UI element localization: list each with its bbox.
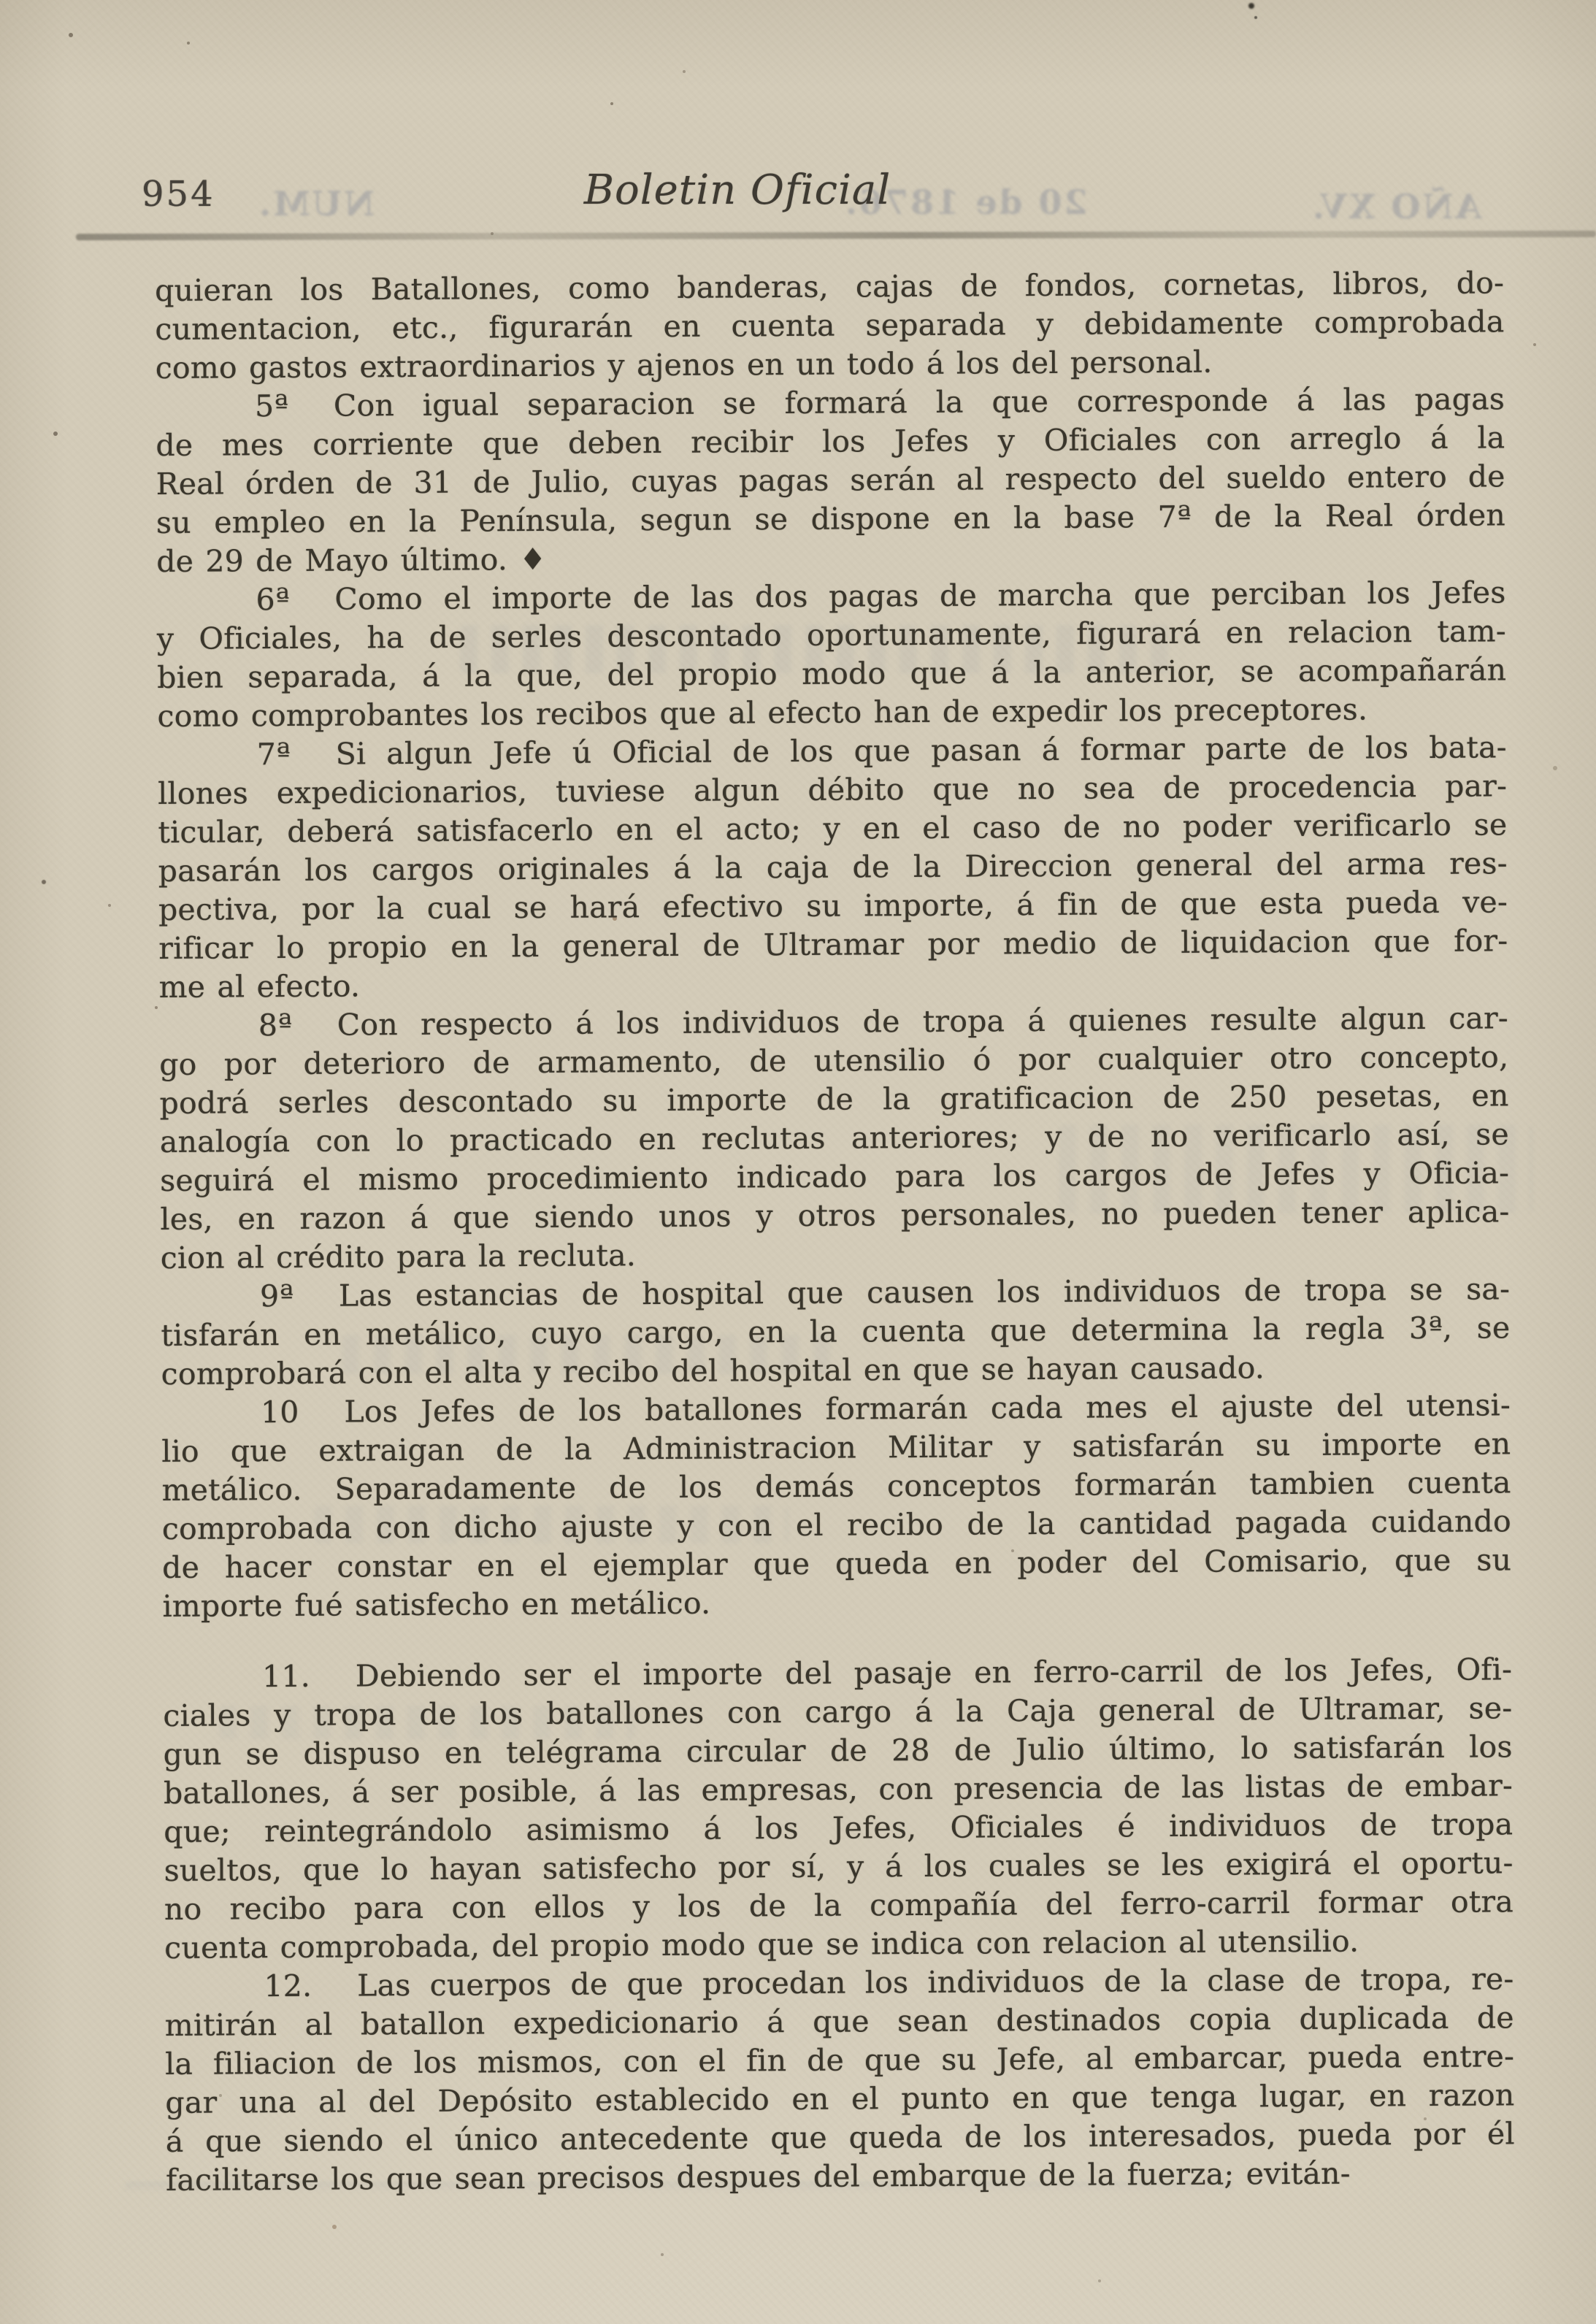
text-line: rificar lo propio en la general de Ultra…	[158, 921, 1508, 968]
paragraph-continuation: quieran los Batallones, como banderas, c…	[155, 264, 1505, 388]
text-line: cumentacion, etc., figurarán en cuenta s…	[155, 302, 1504, 349]
paragraph-regla-8: 8ª Con respecto á los individuos de trop…	[159, 999, 1510, 1278]
document-body: quieran los Batallones, como banderas, c…	[155, 264, 1515, 2200]
page-header-title: Boletin Oficial	[584, 166, 891, 214]
paper-specks	[0, 0, 3, 3]
text-line: su empleo en la Península, segun se disp…	[156, 496, 1505, 542]
paragraph-regla-12: 12. Las cuerpos de que procedan los indi…	[164, 1960, 1515, 2200]
text-line: de hacer constar en el ejemplar que qued…	[162, 1541, 1511, 1587]
header: Boletin Oficial	[0, 166, 1475, 214]
paragraph-regla-6: 6ª Como el importe de las dos pagas de m…	[156, 573, 1506, 736]
text-line: importe fué satisfecho en metálico.	[162, 1579, 1511, 1626]
paragraph-regla-7: 7ª Si algun Jefe ú Oficial de los que pa…	[158, 728, 1508, 1007]
paragraph-regla-10: 10 Los Jefes de los batallones formarán …	[161, 1386, 1512, 1626]
paragraph-regla-5: 5ª Con igual separacion se formará la qu…	[156, 380, 1505, 581]
text-line: facilitarse los que sean precisos despue…	[166, 2153, 1515, 2200]
scanned-page: NUM. 20 de 1876. AÑO XV. 954 Boletin Ofi…	[0, 0, 1596, 2324]
text-line: tisfarán en metálico, cuyo cargo, en la …	[161, 1308, 1510, 1355]
text-line: les, en razon á que siendo unos y otros …	[160, 1192, 1509, 1239]
paragraph-regla-11: 11. Debiendo ser el importe del pasaje e…	[163, 1650, 1513, 1968]
header-rule	[76, 231, 1596, 240]
paragraph-regla-9: 9ª Las estancias de hospital que causen …	[161, 1270, 1511, 1394]
